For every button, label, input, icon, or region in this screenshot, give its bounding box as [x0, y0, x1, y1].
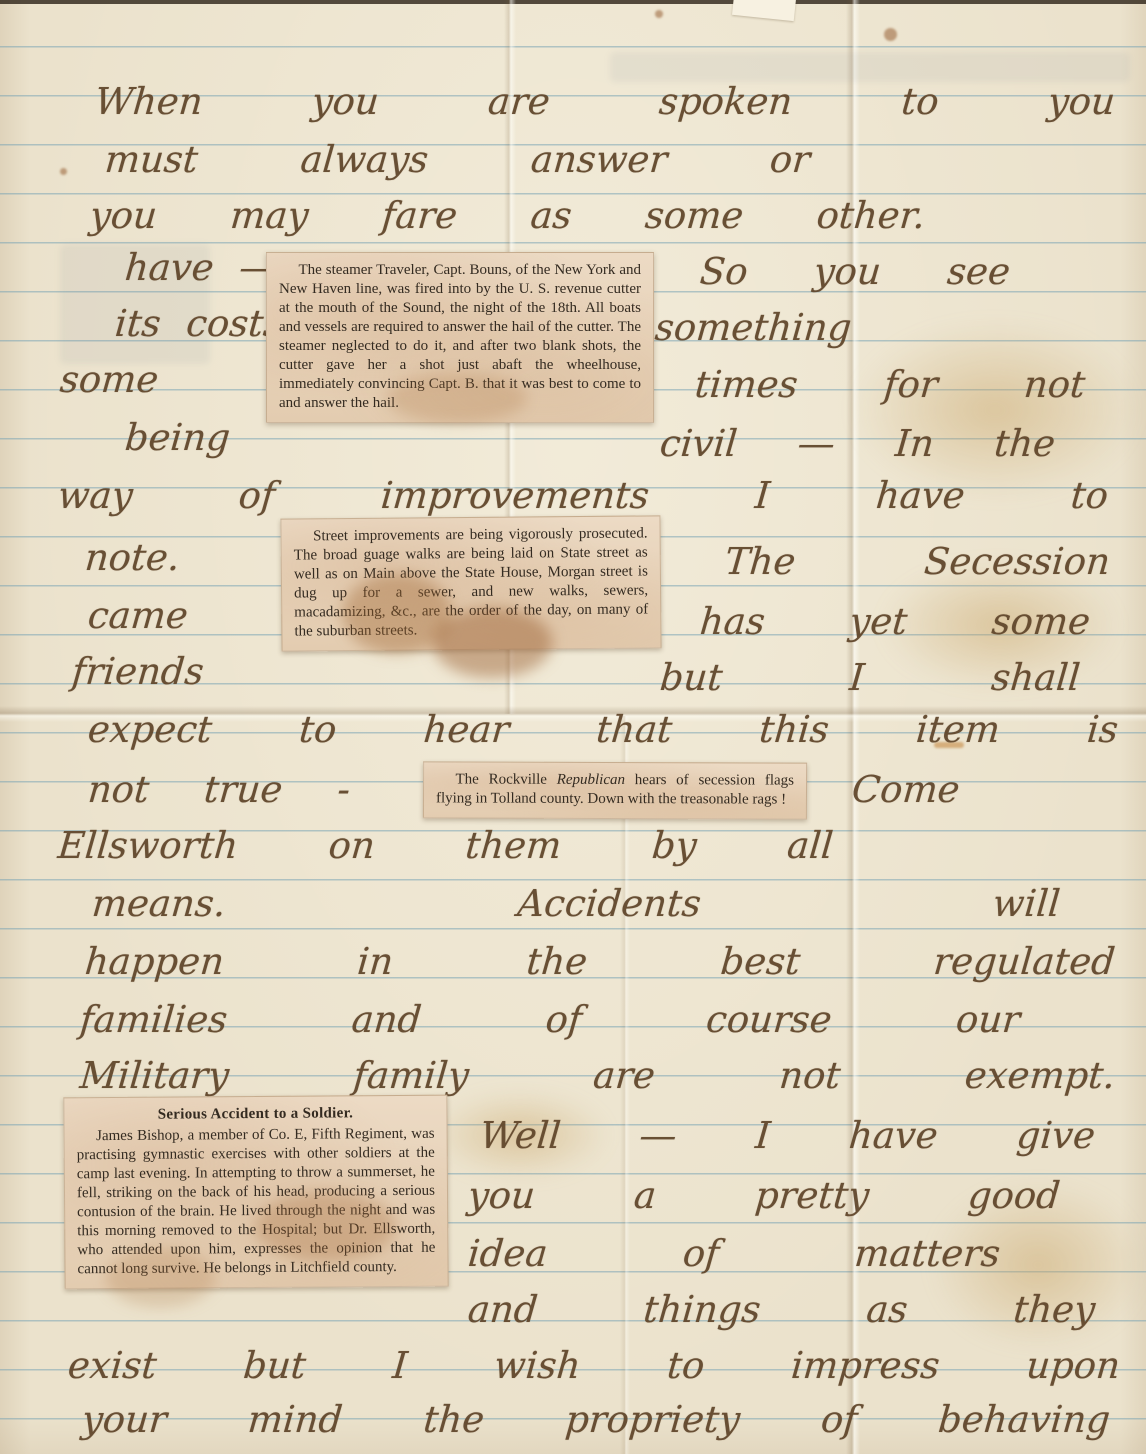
- news-clipping-steamer-traveler: The steamer Traveler, Capt. Bouns, of th…: [266, 252, 654, 423]
- handwriting-line: civil — In the: [658, 424, 1057, 465]
- clipping-headline: Serious Accident to a Soldier.: [76, 1104, 434, 1126]
- handwriting-line: happen in the best regulated: [83, 942, 1117, 983]
- handwriting-line: expect to hear that this item is: [86, 710, 1120, 751]
- handwriting-line: something: [653, 308, 853, 349]
- foxing-spot: [884, 28, 897, 41]
- handwriting-line: Military family are not exempt.: [78, 1056, 1117, 1097]
- handwriting-line: being: [123, 418, 231, 459]
- handwriting-line: note.: [83, 538, 181, 579]
- handwriting-line: some: [58, 360, 160, 401]
- bleed-through-text: [610, 52, 1130, 82]
- handwriting-line: families and of course our: [78, 1000, 1022, 1041]
- handwriting-line: came: [86, 596, 189, 637]
- handwriting-line: The Secession: [723, 542, 1112, 583]
- foxing-spot: [655, 10, 663, 18]
- handwriting-line: way of improvements I have to: [56, 476, 1110, 517]
- italic-word: Republican: [557, 772, 625, 788]
- handwriting-line: Come: [850, 770, 961, 811]
- news-clipping-serious-accident: Serious Accident to a Soldier. James Bis…: [63, 1095, 448, 1290]
- handwriting-line: exist but I wish to impress upon: [66, 1346, 1122, 1387]
- clipping-text: James Bishop, a member of Co. E, Fifth R…: [77, 1125, 436, 1280]
- news-clipping-street-improvements: Street improvements are being vigorously…: [280, 515, 661, 652]
- handwriting-line: its costs: [113, 304, 284, 345]
- handwriting-line: means. Accidents will: [90, 884, 1062, 925]
- stain: [850, 320, 1140, 500]
- foxing-spot: [60, 168, 67, 175]
- paper-tear: [732, 0, 796, 21]
- handwriting-line: not true -: [86, 770, 352, 811]
- clipping-text: The Rockville Republican hears of secess…: [436, 770, 794, 809]
- handwriting-line: Well — I have give: [478, 1116, 1097, 1157]
- handwriting-line: you a pretty good: [466, 1176, 1062, 1217]
- handwriting-line: Ellsworth on them by all: [56, 826, 835, 867]
- handwriting-line: friends: [70, 652, 205, 693]
- handwriting-line: you may fare as some other.: [88, 196, 927, 237]
- handwriting-line: must always answer or: [103, 140, 812, 181]
- handwriting-line: and things as they: [466, 1290, 1097, 1331]
- handwriting-line: idea of matters: [466, 1234, 1002, 1275]
- news-clipping-rockville-republican: The Rockville Republican hears of secess…: [423, 761, 807, 819]
- handwriting-line: have —: [123, 248, 278, 289]
- letter-page: When you are spoken to youmust always an…: [0, 0, 1146, 1454]
- clipping-text: The steamer Traveler, Capt. Bouns, of th…: [279, 261, 641, 413]
- handwriting-line: your mind the propriety of behaving: [80, 1400, 1112, 1441]
- handwriting-line: times for not: [693, 365, 1087, 406]
- handwriting-line: but I shall: [658, 658, 1082, 699]
- clipping-text: Street improvements are being vigorously…: [294, 524, 649, 641]
- handwriting-line: So you see: [698, 252, 1012, 293]
- handwriting-line: When you are spoken to you: [93, 82, 1117, 123]
- scan-edge: [0, 0, 1146, 4]
- handwriting-line: has yet some: [698, 602, 1092, 643]
